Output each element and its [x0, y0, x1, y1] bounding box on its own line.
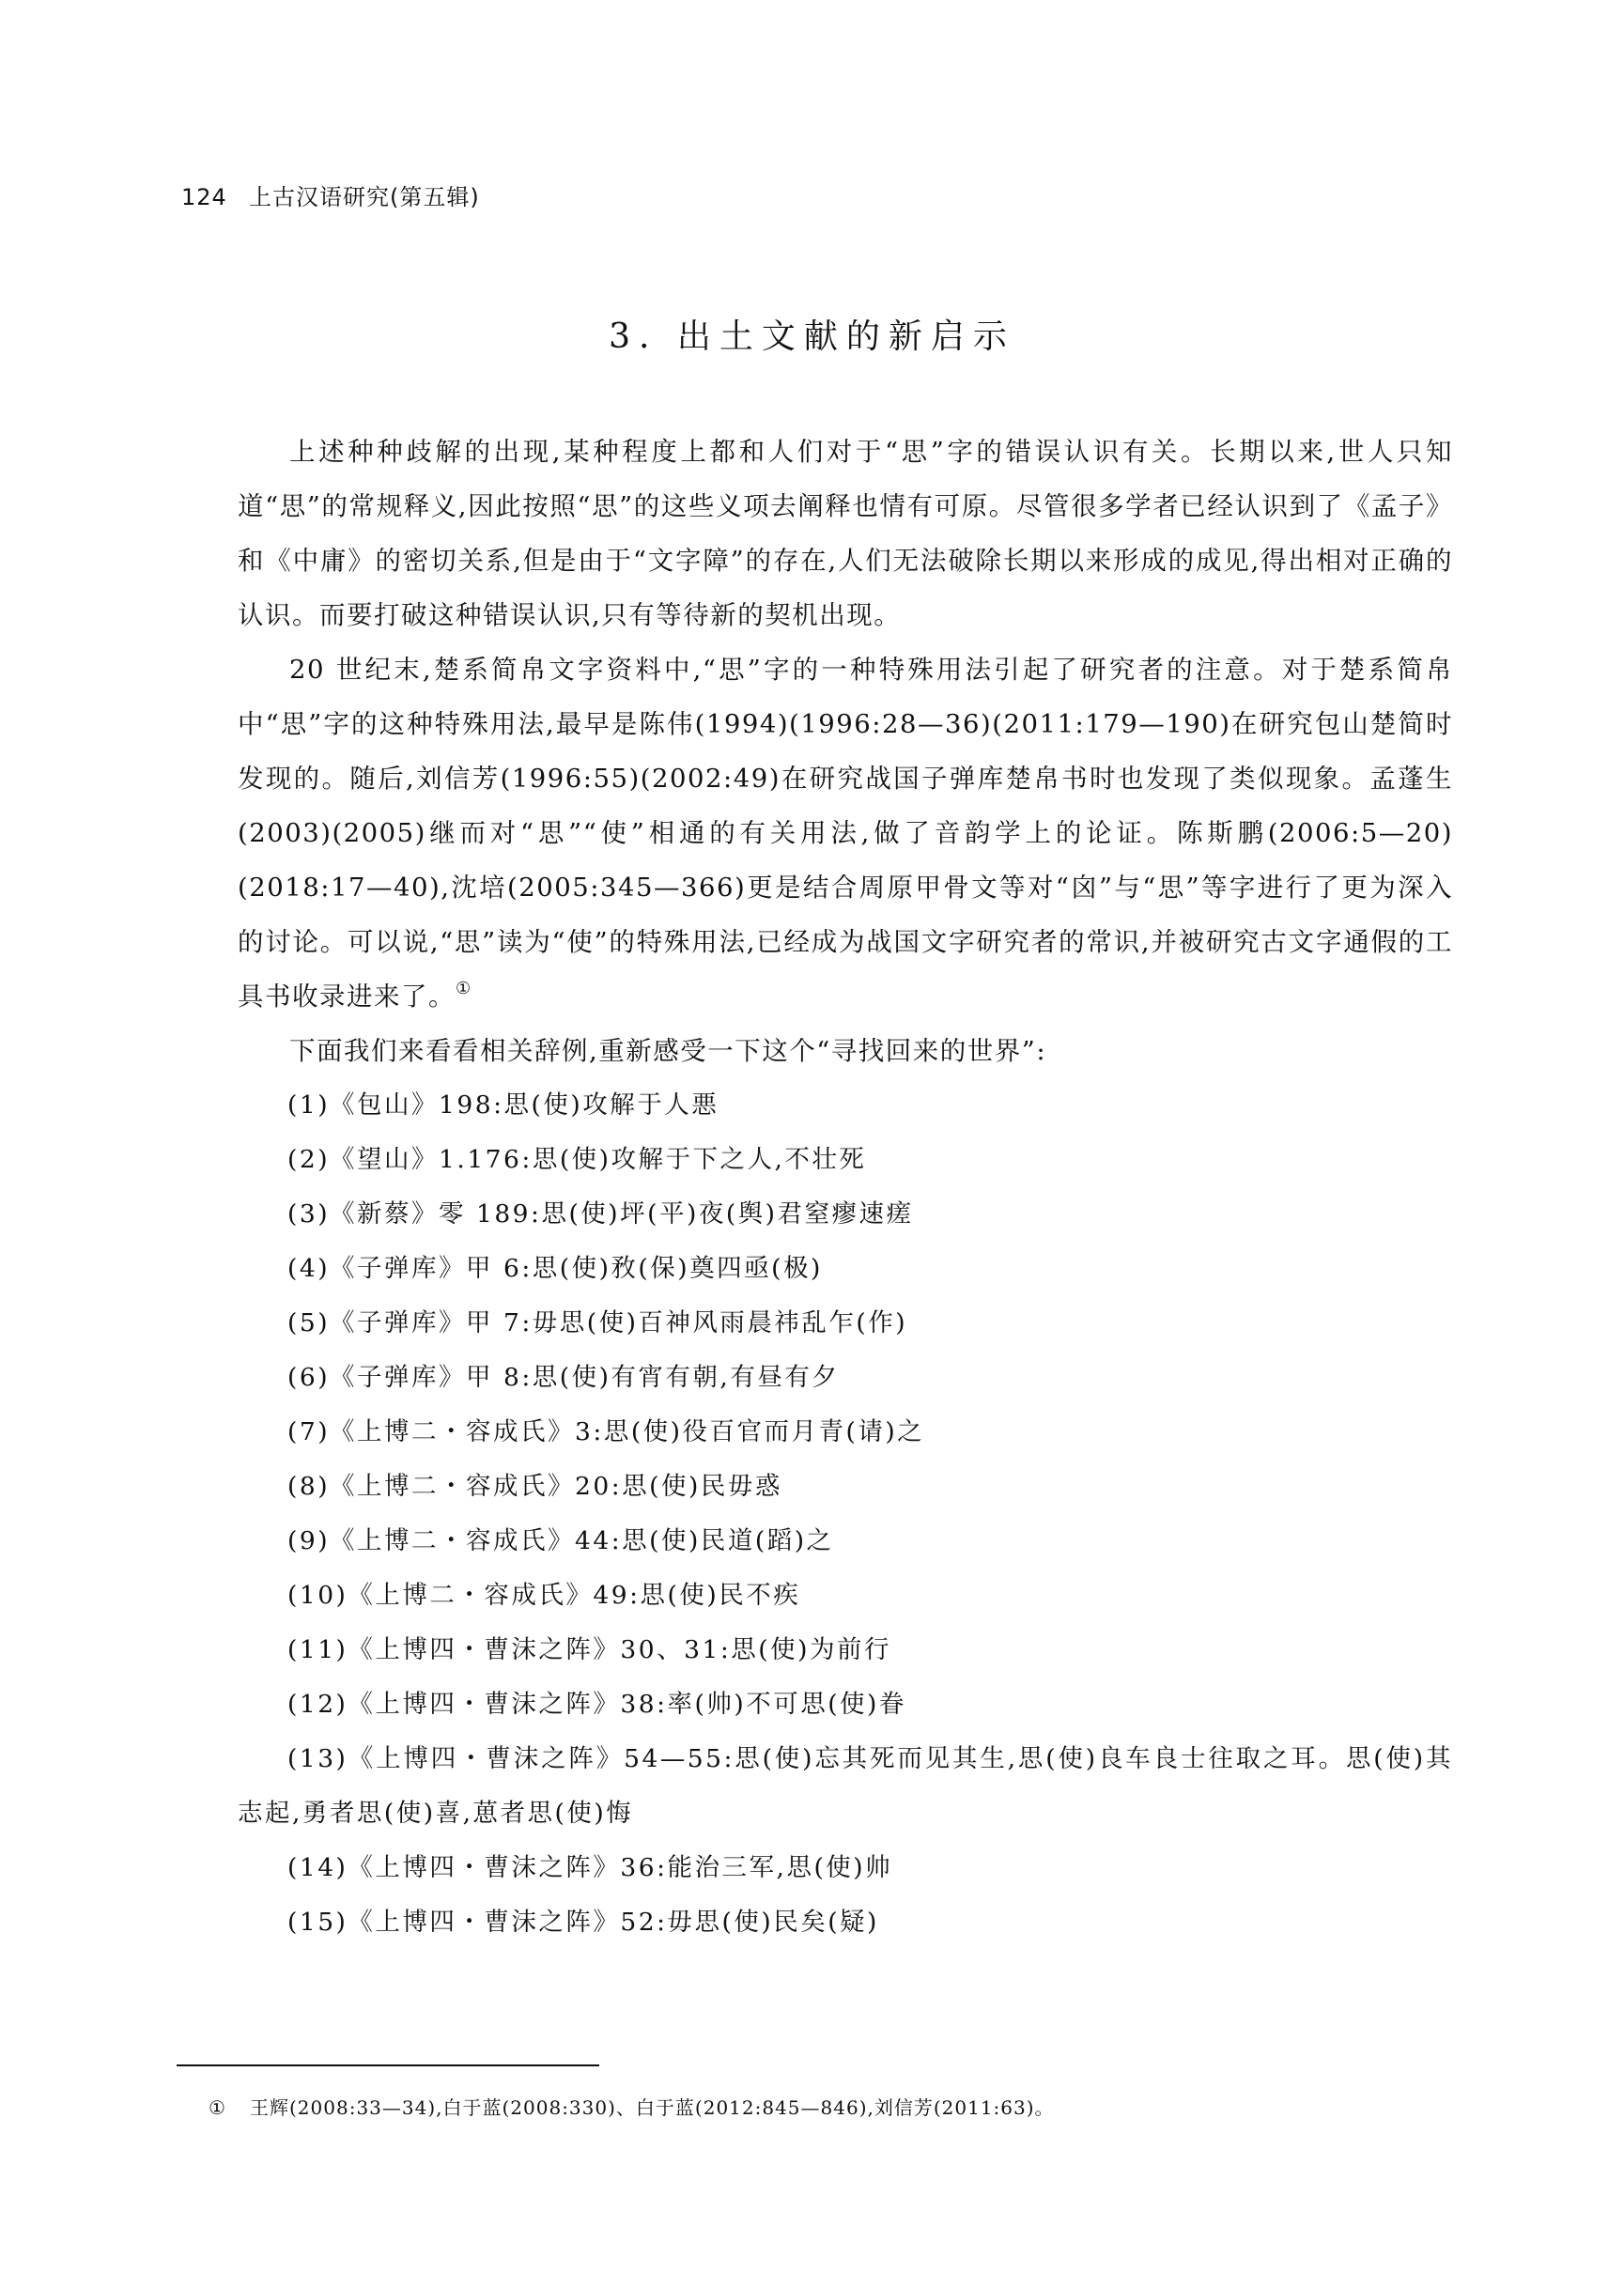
footnote-reference[interactable]: ① — [456, 979, 472, 998]
footnote-text: 王辉(2008:33—34),白于蓝(2008:330)、白于蓝(2012:84… — [250, 2096, 1055, 2119]
body-text: 上述种种歧解的出现,某种程度上都和人们对于“思”字的错误认识有关。长期以来,世人… — [238, 425, 1453, 1950]
example-item: (15)《上博四・曹沫之阵》52:毋思(使)民矣(疑) — [238, 1895, 1453, 1950]
example-item: (3)《新蔡》零 189:思(使)坪(平)夜(舆)君窒瘳速瘥 — [238, 1187, 1453, 1242]
example-item: (5)《子弹库》甲 7:毋思(使)百神风雨晨祎乱乍(作) — [238, 1296, 1453, 1351]
example-item: (7)《上博二・容成氏》3:思(使)役百官而月青(请)之 — [238, 1405, 1453, 1460]
example-item: (11)《上博四・曹沫之阵》30、31:思(使)为前行 — [238, 1623, 1453, 1677]
example-item: (1)《包山》198:思(使)攻解于人悪 — [238, 1078, 1453, 1133]
example-item: (12)《上博四・曹沫之阵》38:率(帅)不可思(使)眷 — [238, 1677, 1453, 1732]
example-item: (4)《子弹库》甲 6:思(使)敄(保)奠四亟(极) — [238, 1242, 1453, 1296]
example-item: (8)《上博二・容成氏》20:思(使)民毋惑 — [238, 1460, 1453, 1514]
example-item: (14)《上博四・曹沫之阵》36:能治三军,思(使)帅 — [238, 1841, 1453, 1895]
running-head: 124上古汉语研究(第五辑) — [181, 178, 480, 211]
example-item: (9)《上博二・容成氏》44:思(使)民道(蹈)之 — [238, 1514, 1453, 1569]
example-list: (1)《包山》198:思(使)攻解于人悪 (2)《望山》1.176:思(使)攻解… — [238, 1078, 1453, 1950]
paragraph-3: 下面我们来看看相关辞例,重新感受一下这个“寻找回来的世界”: — [238, 1024, 1453, 1078]
paragraph-1: 上述种种歧解的出现,某种程度上都和人们对于“思”字的错误认识有关。长期以来,世人… — [238, 425, 1453, 642]
example-item: (13)《上博四・曹沫之阵》54—55:思(使)忘其死而见其生,思(使)良车良士… — [238, 1732, 1453, 1841]
footnote-number: ① — [209, 2096, 250, 2119]
example-item: (2)《望山》1.176:思(使)攻解于下之人,不壮死 — [238, 1133, 1453, 1187]
paragraph-2: 20 世纪末,楚系简帛文字资料中,“思”字的一种特殊用法引起了研究者的注意。对于… — [238, 642, 1453, 1024]
footnote: ①王辉(2008:33—34),白于蓝(2008:330)、白于蓝(2012:8… — [209, 2093, 1055, 2120]
book-title: 上古汉语研究(第五辑) — [249, 184, 480, 210]
section-title: 3. 出土文献的新启示 — [0, 310, 1624, 358]
example-item: (10)《上博二・容成氏》49:思(使)民不疾 — [238, 1569, 1453, 1623]
footnote-divider — [177, 2064, 599, 2066]
page-number: 124 — [181, 184, 249, 210]
example-item: (6)《子弹库》甲 8:思(使)有宵有朝,有昼有夕 — [238, 1351, 1453, 1405]
